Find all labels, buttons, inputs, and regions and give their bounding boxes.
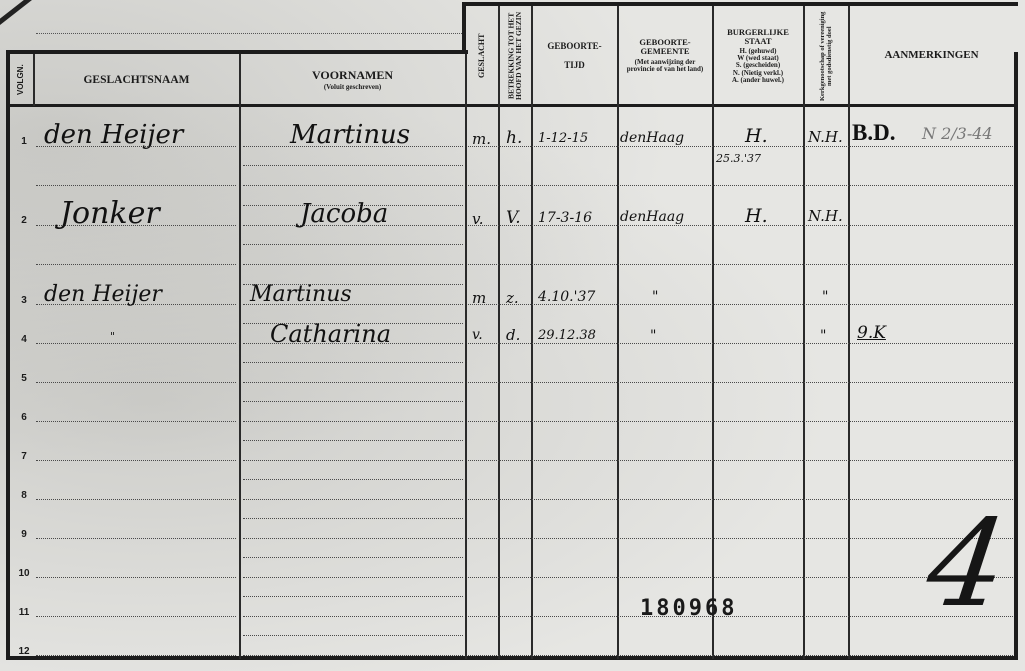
row-number: 5 bbox=[14, 373, 34, 384]
row-line bbox=[243, 518, 463, 519]
serial-number: 180968 bbox=[640, 596, 737, 621]
row-line bbox=[468, 382, 1013, 383]
header-geboortetijd-1: GEBOORTE- bbox=[547, 42, 601, 51]
entry-3-church-ditto: " bbox=[822, 289, 828, 305]
row-line bbox=[468, 538, 1013, 539]
option-ander-huwelijk: A. (ander huwel.) bbox=[732, 77, 784, 84]
header-kerkgenootschap: Kerkgenootschap of vereeniging met godsd… bbox=[804, 8, 848, 104]
row-line bbox=[36, 538, 236, 539]
pen-stroke-mark bbox=[0, 0, 70, 28]
header-geslachtsnaam: GESLACHTSNAAM bbox=[34, 56, 239, 104]
row-line bbox=[243, 362, 463, 363]
header-geboortegemeente: GEBOORTE-GEMEENTE (Met aanwijzing der pr… bbox=[618, 8, 712, 104]
row-number: 7 bbox=[14, 451, 34, 462]
header-separator bbox=[6, 104, 1018, 107]
entry-2-birthplace: denHaag bbox=[620, 209, 684, 225]
entry-2-relation: V. bbox=[506, 208, 521, 228]
row-line bbox=[468, 460, 1013, 461]
entry-1-relation: h. bbox=[506, 128, 522, 148]
entry-4-firstnames: Catharina bbox=[270, 320, 391, 348]
entry-2-firstnames: Jacoba bbox=[300, 199, 388, 229]
row-line bbox=[468, 499, 1013, 500]
row-line bbox=[468, 185, 1013, 186]
row-line bbox=[468, 421, 1013, 422]
row-line bbox=[36, 264, 236, 265]
entry-4-church-ditto: " bbox=[820, 328, 826, 344]
row-line bbox=[36, 382, 236, 383]
row-line bbox=[243, 479, 463, 480]
entry-3-surname: den Heijer bbox=[44, 282, 162, 307]
row-line bbox=[36, 655, 236, 656]
entry-3-birthplace-ditto: " bbox=[652, 289, 658, 305]
row-line bbox=[468, 655, 1013, 656]
frame-border bbox=[462, 2, 1018, 6]
header-geboortetijd-2: TIJD bbox=[564, 61, 585, 70]
row-number: 12 bbox=[14, 646, 34, 657]
row-line bbox=[243, 460, 463, 461]
row-line bbox=[36, 499, 236, 500]
row-line bbox=[468, 264, 1013, 265]
row-line bbox=[243, 401, 463, 402]
row-line bbox=[36, 616, 236, 617]
row-line bbox=[36, 343, 236, 344]
top-dotted-line bbox=[36, 33, 462, 34]
row-line bbox=[243, 244, 463, 245]
column-divider bbox=[465, 54, 467, 659]
entry-4-surname-ditto: " bbox=[110, 330, 115, 343]
entry-4-gender: v. bbox=[472, 327, 483, 343]
entry-1-civil-status: H. bbox=[745, 125, 768, 147]
row-line bbox=[468, 343, 1013, 344]
header-burgerlijke-staat-title: BURGERLIJKE STAAT bbox=[713, 28, 803, 46]
header-volgnr: VOLGN. bbox=[10, 56, 32, 104]
row-number: 11 bbox=[14, 607, 34, 618]
row-line bbox=[243, 440, 463, 441]
entry-1-pencil-note: N 2/3-44 bbox=[922, 124, 993, 143]
row-line bbox=[243, 635, 463, 636]
entry-2-church: N.H. bbox=[808, 207, 843, 225]
row-line bbox=[468, 146, 1013, 147]
row-line bbox=[243, 499, 463, 500]
entry-4-birthdate: 29.12.38 bbox=[538, 328, 596, 343]
row-line bbox=[243, 264, 463, 265]
entry-1-gender: m. bbox=[472, 130, 491, 148]
row-number: 3 bbox=[14, 295, 34, 306]
row-line bbox=[243, 577, 463, 578]
row-line bbox=[243, 616, 463, 617]
entry-4-remark: 9.K bbox=[857, 323, 886, 343]
entry-3-birthdate: 4.10.'37 bbox=[538, 289, 595, 305]
entry-3-relation: z. bbox=[506, 289, 519, 307]
entry-1-surname: den Heijer bbox=[44, 120, 183, 150]
header-voornamen-sub: (Voluit geschreven) bbox=[324, 84, 381, 91]
entry-3-firstnames: Martinus bbox=[250, 282, 352, 307]
row-line bbox=[243, 538, 463, 539]
header-geboortetijd: GEBOORTE- TIJD bbox=[532, 8, 617, 104]
row-line bbox=[243, 596, 463, 597]
row-line bbox=[36, 460, 236, 461]
row-line bbox=[36, 185, 236, 186]
row-line bbox=[36, 421, 236, 422]
row-number: 8 bbox=[14, 490, 34, 501]
entry-1-church: N.H. bbox=[808, 128, 843, 146]
header-burgerlijke-staat: BURGERLIJKE STAAT H. (gehuwd) W (wed sta… bbox=[713, 8, 803, 104]
entry-4-relation: d. bbox=[506, 326, 520, 344]
header-voornamen-title: VOORNAMEN bbox=[312, 69, 393, 82]
family-card: VOLGN. GESLACHTSNAAM VOORNAMEN (Voluit g… bbox=[0, 0, 1025, 671]
row-line bbox=[243, 655, 463, 656]
entry-2-birthdate: 17-3-16 bbox=[538, 210, 592, 226]
entry-1-birthdate: 1-12-15 bbox=[538, 131, 588, 146]
header-voornamen: VOORNAMEN (Voluit geschreven) bbox=[240, 56, 465, 104]
entry-3-gender: m bbox=[472, 289, 486, 307]
entry-4-birthplace-ditto: " bbox=[650, 328, 656, 344]
header-geslacht: GESLACHT bbox=[466, 8, 498, 104]
row-line bbox=[243, 165, 463, 166]
entry-1-birthplace: denHaag bbox=[620, 130, 684, 146]
row-line bbox=[243, 382, 463, 383]
entry-2-civil-status: H. bbox=[745, 205, 768, 227]
entry-1-firstnames: Martinus bbox=[290, 120, 410, 150]
row-line bbox=[36, 577, 236, 578]
header-geboortegemeente-title: GEBOORTE-GEMEENTE bbox=[622, 38, 708, 56]
row-number: 2 bbox=[14, 215, 34, 226]
entry-2-surname: Jonker bbox=[60, 196, 160, 231]
row-line bbox=[243, 557, 463, 558]
header-aanmerkingen: AANMERKINGEN bbox=[849, 8, 1014, 104]
row-number: 1 bbox=[14, 136, 34, 147]
row-line bbox=[243, 421, 463, 422]
header-betrekking: BETREKKING TOT HET HOOFD VAN HET GEZIN bbox=[499, 8, 531, 104]
row-number: 10 bbox=[14, 568, 34, 579]
entry-1-bd-stamp: B.D. bbox=[852, 120, 895, 146]
header-geboortegemeente-sub: (Met aanwijzing der provincie of van het… bbox=[622, 59, 708, 74]
entry-1-marriage-date: 25.3.'37 bbox=[716, 152, 761, 165]
row-line bbox=[243, 185, 463, 186]
row-number: 9 bbox=[14, 529, 34, 540]
column-divider bbox=[239, 54, 241, 659]
entry-2-gender: v. bbox=[472, 210, 483, 228]
row-number: 4 bbox=[14, 334, 34, 345]
row-number: 6 bbox=[14, 412, 34, 423]
